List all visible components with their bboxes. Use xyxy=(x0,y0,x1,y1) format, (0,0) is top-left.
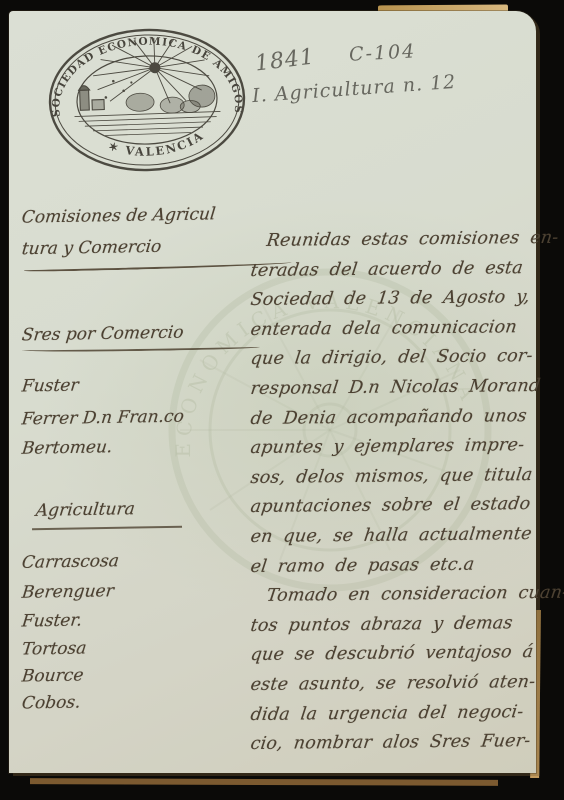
body-line: Sociedad de 13 de Agosto y, xyxy=(248,287,544,320)
margin-heading-line2: tura y Comercio xyxy=(21,237,163,259)
margin-subheading: Sres por Comercio xyxy=(21,323,185,346)
agriculture-member: Cobos. xyxy=(21,692,82,713)
body-line: enterada dela comunicacion xyxy=(248,317,544,350)
agriculture-member: Tortosa xyxy=(21,638,88,659)
manuscript-body: Reunidas estas comisiones en- teradas de… xyxy=(250,231,542,764)
body-line: responsal D.n Nicolas Morand xyxy=(248,376,544,409)
body-line: tos puntos abraza y demas xyxy=(248,613,544,646)
agriculture-member: Bource xyxy=(21,665,85,686)
body-line: que se descubrió ventajoso á xyxy=(248,642,544,675)
agriculture-label: Agricultura xyxy=(35,499,136,521)
archive-code-annotation: C-104 xyxy=(348,40,416,65)
page-stack-edge-bottom-dark xyxy=(30,778,498,786)
commerce-member: Bertomeu. xyxy=(21,437,114,459)
body-line: dida la urgencia del negoci- xyxy=(248,701,544,734)
body-line: en que, se halla actualmente xyxy=(248,524,544,557)
body-line: este asunto, se resolvió aten- xyxy=(248,672,544,705)
body-line: apuntaciones sobre el estado xyxy=(248,494,544,527)
body-line: de Denia acompañando unos xyxy=(248,406,544,439)
body-line: Tomado en consideracion cuan- xyxy=(248,583,544,616)
agriculture-member: Berenguer xyxy=(21,581,115,603)
body-line: cio, nombrar alos Sres Fuer- xyxy=(248,731,544,764)
society-seal: SOCIEDAD ECONOMICA DE AMIGOS DEL PAIS ✶ … xyxy=(41,20,252,179)
body-line: apuntes y ejemplares impre- xyxy=(248,435,544,468)
body-line: sos, delos mismos, que titula xyxy=(248,465,544,498)
body-line: que la dirigio, del Socio cor- xyxy=(248,346,544,379)
margin-heading-line1: Comisiones de Agricul xyxy=(21,204,217,227)
body-line: el ramo de pasas etc.a xyxy=(248,553,544,586)
commerce-member: Ferrer D.n Fran.co xyxy=(21,407,185,430)
commerce-member: Fuster xyxy=(21,376,80,397)
body-line: teradas del acuerdo de esta xyxy=(248,258,544,291)
agriculture-member: Carrascosa xyxy=(21,551,120,573)
scanned-manuscript-page: ECONOMICA VALENCIANA SOCIEDAD ECONOMICA … xyxy=(0,0,564,800)
seal-landscape xyxy=(73,76,221,136)
agriculture-member: Fuster. xyxy=(21,610,83,631)
body-line: Reunidas estas comisiones en- xyxy=(248,228,544,261)
